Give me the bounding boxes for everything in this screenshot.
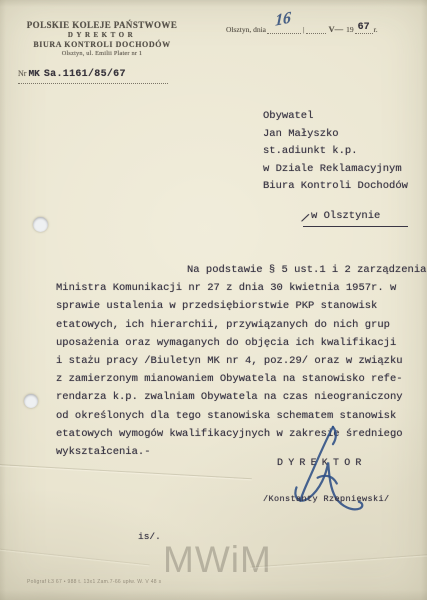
museum-watermark: MWiM	[163, 539, 272, 581]
letterhead-director: DYREKTOR	[18, 31, 186, 39]
ref-prefix: Nr	[18, 69, 26, 78]
body-line: uposażenia oraz wymaganych do objęcia ic…	[56, 334, 416, 352]
date-suffix: r.	[374, 25, 378, 34]
date-month: V—	[329, 24, 344, 34]
date-century: 19	[346, 25, 354, 34]
typed-year: 67	[355, 22, 373, 34]
body-line: z zamierzonym mianowaniem Obywatela na s…	[56, 370, 416, 388]
date-separator: |	[303, 25, 305, 34]
recipient-name: Jan Małyszko	[263, 126, 408, 144]
recipient-position: st.adiunkt k.p.	[263, 143, 408, 161]
paper-crease	[250, 553, 427, 567]
date-place: Olsztyn, dnia	[226, 25, 266, 34]
punch-hole-top	[33, 217, 48, 232]
letterhead-office: BIURA KONTROLI DOCHODÓW	[18, 40, 186, 49]
date-day-blank: 16	[267, 25, 301, 34]
recipient-city-label: w Olsztynie	[311, 210, 380, 222]
date-blank	[306, 25, 326, 34]
body-line: sprawie ustalenia w przedsiębiorstwie PK…	[56, 297, 416, 315]
reference-number-line: NrMKSa.1161/85/67	[18, 63, 168, 84]
body-line: Ministra Komunikacji nr 27 z dnia 30 kwi…	[56, 279, 416, 297]
ref-mk-stamp: MK	[28, 68, 39, 79]
ref-number: Sa.1161/85/67	[44, 69, 126, 80]
letterhead-org: POLSKIE KOLEJE PAŃSTWOWE	[18, 20, 186, 30]
body-line: rendarza k.p. zwalniam Obywatela na czas…	[56, 388, 416, 406]
recipient-office: Biura Kontroli Dochodów	[263, 178, 408, 196]
letterhead-address: Olsztyn, ul. Emilii Plater nr 1	[18, 50, 186, 57]
letterhead-stamp: POLSKIE KOLEJE PAŃSTWOWE DYREKTOR BIURA …	[18, 20, 186, 84]
paper-crease	[0, 548, 150, 566]
punch-hole-bottom	[24, 394, 38, 408]
signer-name: /Konstanty Rzepniewski/	[263, 494, 390, 504]
body-line: i stażu pracy /Biuletyn MK nr 4, poz.29/…	[56, 352, 416, 370]
date-line: Olsztyn, dnia 16 | V— 19 67 r.	[226, 22, 421, 34]
print-shop-imprint: Poligraf Ł3 67 • 988 t. 13x1 Zam.7-66 up…	[27, 579, 161, 585]
body-line: etatowych, ich hierarchii, przywiązanych…	[56, 316, 416, 334]
body-line: Na podstawie § 5 ust.1 i 2 zarządzenia	[56, 261, 416, 279]
body-line: od określonych dla tego stanowiska schem…	[56, 407, 416, 425]
recipient-city: /w Olsztynie	[303, 208, 408, 228]
handwritten-signature	[288, 424, 376, 520]
paper-crease	[0, 464, 252, 480]
handwritten-day: 16	[275, 9, 291, 31]
recipient-salutation: Obywatel	[263, 108, 408, 126]
pen-tick-mark: /	[298, 210, 310, 229]
recipient-block: Obywatel Jan Małyszko st.adiunkt k.p. w …	[263, 108, 408, 227]
scanned-letter: POLSKIE KOLEJE PAŃSTWOWE DYREKTOR BIURA …	[0, 0, 427, 600]
recipient-department: w Dziale Reklamacyjnym	[263, 161, 408, 179]
typist-initials: is/.	[138, 531, 161, 542]
